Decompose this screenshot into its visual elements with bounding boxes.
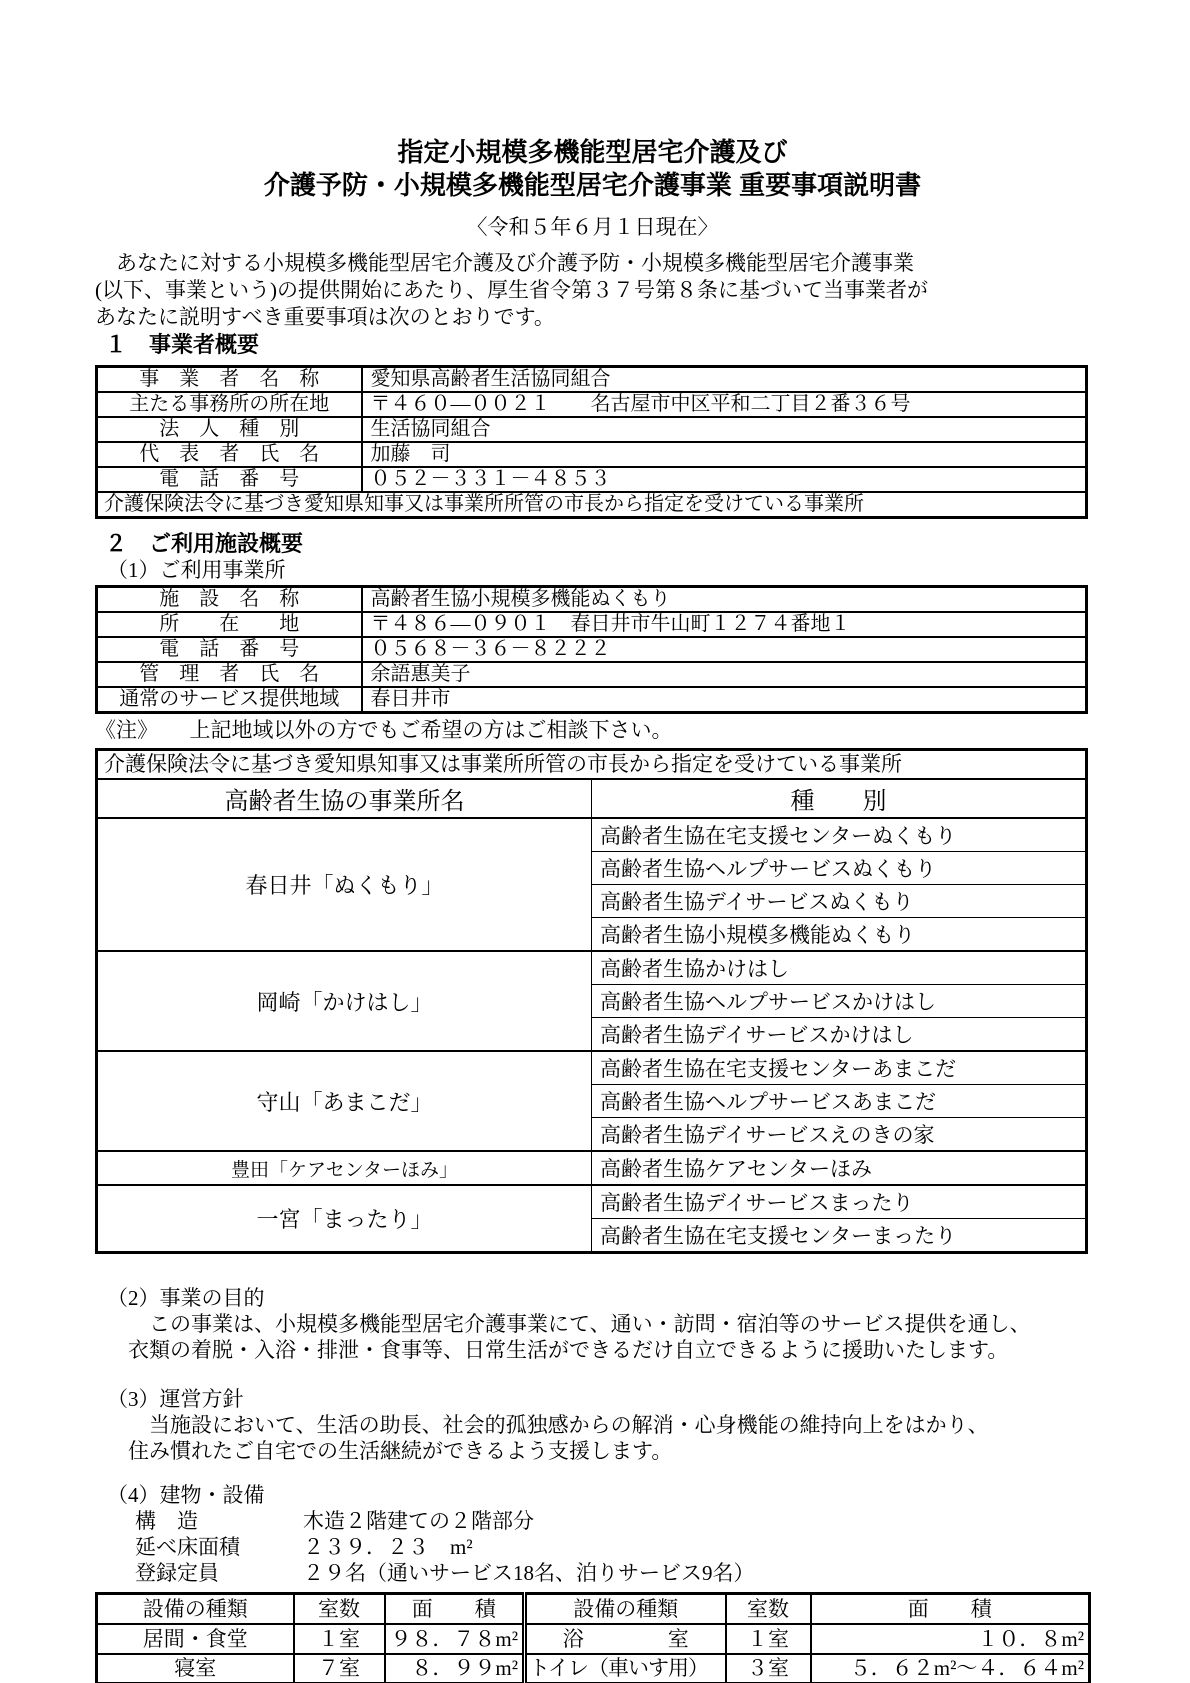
manager-name-label: 管 理 者 氏 名	[97, 662, 362, 687]
area-header: 面 積	[811, 1594, 1090, 1624]
intro-paragraph: あなたに対する小規模多機能型居宅介護及び介護予防・小規模多機能型居宅介護事業 (…	[95, 250, 1090, 331]
document-title-line2: 介護予防・小規模多機能型居宅介護事業 重要事項説明書	[95, 169, 1090, 202]
building-heading: （4）建物・設備	[95, 1482, 1090, 1508]
equipment-room-count: ７室	[294, 1654, 385, 1683]
provider-name-label: 事 業 者 名 称	[97, 367, 362, 393]
office-group-toyota: 豊田「ケアセンターほみ」 高齢者生協ケアセンターほみ	[97, 1151, 1087, 1185]
designation-note: 介護保険法令に基づき愛知県知事又は事業所所管の市長から指定を受けている事業所	[97, 492, 1087, 518]
table-row: 施 設 名 称 高齢者生協小規模多機能ぬくもり	[97, 587, 1087, 613]
office-service: 高齢者生協デイサービスえのきの家	[592, 1118, 1087, 1152]
provider-name-value: 愛知県高齢者生活協同組合	[362, 367, 1087, 393]
office-service: 高齢者生協かけはし	[592, 951, 1087, 985]
equipment-room-count: １室	[294, 1624, 385, 1654]
table-row: 豊田「ケアセンターほみ」 高齢者生協ケアセンターほみ	[97, 1151, 1087, 1185]
facility-name-value: 高齢者生協小規模多機能ぬくもり	[362, 587, 1087, 613]
equipment-area: ８．９９m²	[385, 1654, 525, 1683]
facility-info-table: 施 設 名 称 高齢者生協小規模多機能ぬくもり 所 在 地 〒４８６―０９０１ …	[95, 585, 1088, 714]
table-header-row: 設備の種類 室数 面 積 設備の種類 室数 面 積	[97, 1594, 1090, 1624]
intro-line: (以下、事業という)の提供開始にあたり、厚生省令第３７号第８条に基づいて当事業者…	[95, 277, 1090, 304]
office-group-okazaki: 岡崎「かけはし」 高齢者生協かけはし 高齢者生協ヘルプサービスかけはし 高齢者生…	[97, 951, 1087, 1051]
office-service: 高齢者生協デイサービスまったり	[592, 1185, 1087, 1219]
office-service: 高齢者生協在宅支援センターぬくもり	[592, 818, 1087, 852]
facility-phone-label: 電 話 番 号	[97, 637, 362, 662]
equipment-area: ９８．７８m²	[385, 1624, 525, 1654]
purpose-text-line: この事業は、小規模多機能型居宅介護事業にて、通い・訪問・宿泊等のサービス提供を通…	[95, 1311, 1090, 1337]
office-group-moriyama: 守山「あまこだ」 高齢者生協在宅支援センターあまこだ 高齢者生協ヘルプサービスあ…	[97, 1051, 1087, 1151]
equipment-room-count: ３室	[726, 1654, 811, 1683]
service-area-note: 《注》 上記地域以外の方でもご希望の方はご相談下さい。	[95, 717, 1090, 743]
policy-text-line: 住み慣れたご自宅での生活継続ができるよう支援します。	[95, 1438, 1090, 1464]
capacity-value: ２９名（通いサービス18名、泊りサービス9名）	[303, 1560, 755, 1586]
facility-phone-value: ０５６８－３６－８２２２	[362, 637, 1087, 662]
manager-name-value: 余語惠美子	[362, 662, 1087, 687]
representative-label: 代 表 者 氏 名	[97, 442, 362, 467]
representative-value: 加藤 司	[362, 442, 1087, 467]
table-row: 通常のサービス提供地域 春日井市	[97, 687, 1087, 713]
phone-label: 電 話 番 号	[97, 467, 362, 492]
office-group-ichinomiya: 一宮「まったり」 高齢者生協デイサービスまったり 高齢者生協在宅支援センターまっ…	[97, 1185, 1087, 1253]
office-group-name: 岡崎「かけはし」	[97, 951, 592, 1051]
office-group-name: 一宮「まったり」	[97, 1185, 592, 1253]
table-row: 電 話 番 号 ０５２－３３１－４８５３	[97, 467, 1087, 492]
equipment-name: 居間・食堂	[97, 1624, 294, 1654]
purpose-heading: （2）事業の目的	[95, 1285, 1090, 1311]
facility-subheading: （1）ご利用事業所	[95, 557, 1090, 583]
offices-table: 介護保険法令に基づき愛知県知事又は事業所所管の市長から指定を受けている事業所 高…	[95, 748, 1088, 1254]
facility-address-value: 〒４８６―０９０１ 春日井市牛山町１２７４番地１	[362, 612, 1087, 637]
structure-spec: 構 造 木造２階建ての２階部分	[95, 1508, 1090, 1534]
capacity-spec: 登録定員 ２９名（通いサービス18名、泊りサービス9名）	[95, 1560, 1090, 1586]
corporation-type-label: 法 人 種 別	[97, 417, 362, 442]
equipment-table: 設備の種類 室数 面 積 設備の種類 室数 面 積 居間・食堂 １室 ９８．７８…	[95, 1592, 1091, 1683]
table-row: 居間・食堂 １室 ９８．７８m² 浴 室 １室 １０．８m²	[97, 1624, 1090, 1654]
policy-section: （3）運営方針 当施設において、生活の助長、社会的孤独感からの解消・心身機能の維…	[95, 1386, 1090, 1464]
offices-caption: 介護保険法令に基づき愛知県知事又は事業所所管の市長から指定を受けている事業所	[97, 750, 1087, 780]
equipment-type-header: 設備の種類	[525, 1594, 726, 1624]
office-type-column-header: 種 別	[592, 779, 1087, 818]
room-count-header: 室数	[294, 1594, 385, 1624]
area-header: 面 積	[385, 1594, 525, 1624]
room-count-header: 室数	[726, 1594, 811, 1624]
corporation-type-value: 生活協同組合	[362, 417, 1087, 442]
table-row: 主たる事務所の所在地 〒４６０―００２１ 名古屋市中区平和二丁目２番３６号	[97, 392, 1087, 417]
document-page: 指定小規模多機能型居宅介護及び 介護予防・小規模多機能型居宅介護事業 重要事項説…	[0, 0, 1190, 1683]
table-row: 代 表 者 氏 名 加藤 司	[97, 442, 1087, 467]
table-header-row: 高齢者生協の事業所名 種 別	[97, 779, 1087, 818]
provider-info-table: 事 業 者 名 称 愛知県高齢者生活協同組合 主たる事務所の所在地 〒４６０―０…	[95, 365, 1088, 519]
office-group-name: 春日井「ぬくもり」	[97, 818, 592, 951]
office-service: 高齢者生協デイサービスぬくもり	[592, 885, 1087, 918]
office-service: 高齢者生協在宅支援センターまったり	[592, 1219, 1087, 1253]
office-group-name: 守山「あまこだ」	[97, 1051, 592, 1151]
intro-line: あなたに説明すべき重要事項は次のとおりです。	[95, 304, 1090, 331]
effective-date: 〈令和５年６月１日現在〉	[95, 215, 1090, 239]
table-row: 岡崎「かけはし」 高齢者生協かけはし	[97, 951, 1087, 985]
office-service: 高齢者生協ヘルプサービスあまこだ	[592, 1085, 1087, 1118]
table-row: 所 在 地 〒４８６―０９０１ 春日井市牛山町１２７４番地１	[97, 612, 1087, 637]
office-group-name: 豊田「ケアセンターほみ」	[97, 1151, 592, 1185]
office-name-column-header: 高齢者生協の事業所名	[97, 779, 592, 818]
office-service: 高齢者生協在宅支援センターあまこだ	[592, 1051, 1087, 1085]
facility-name-label: 施 設 名 称	[97, 587, 362, 613]
section2-heading: ２ ご利用施設概要	[95, 530, 1090, 557]
head-office-address-label: 主たる事務所の所在地	[97, 392, 362, 417]
office-service: 高齢者生協ヘルプサービスかけはし	[592, 985, 1087, 1018]
equipment-area: ５．６２m²～４．６４m²	[811, 1654, 1090, 1683]
table-row: 介護保険法令に基づき愛知県知事又は事業所所管の市長から指定を受けている事業所	[97, 492, 1087, 518]
office-service: 高齢者生協ヘルプサービスぬくもり	[592, 852, 1087, 885]
table-row: 電 話 番 号 ０５６８－３６－８２２２	[97, 637, 1087, 662]
section1-heading: １ 事業者概要	[95, 331, 1090, 358]
floor-area-spec: 延べ床面積 ２３９．２３ m²	[95, 1534, 1090, 1560]
structure-label: 構 造	[135, 1508, 303, 1534]
table-row: 守山「あまこだ」 高齢者生協在宅支援センターあまこだ	[97, 1051, 1087, 1085]
purpose-section: （2）事業の目的 この事業は、小規模多機能型居宅介護事業にて、通い・訪問・宿泊等…	[95, 1285, 1090, 1363]
table-row: 事 業 者 名 称 愛知県高齢者生活協同組合	[97, 367, 1087, 393]
equipment-type-header: 設備の種類	[97, 1594, 294, 1624]
table-row: 管 理 者 氏 名 余語惠美子	[97, 662, 1087, 687]
equipment-name: 浴 室	[525, 1624, 726, 1654]
structure-value: 木造２階建ての２階部分	[303, 1508, 534, 1534]
table-row: 法 人 種 別 生活協同組合	[97, 417, 1087, 442]
policy-text-line: 当施設において、生活の助長、社会的孤独感からの解消・心身機能の維持向上をはかり、	[95, 1412, 1090, 1438]
capacity-label: 登録定員	[135, 1560, 303, 1586]
office-service: 高齢者生協ケアセンターほみ	[592, 1151, 1087, 1185]
table-row: 一宮「まったり」 高齢者生協デイサービスまったり	[97, 1185, 1087, 1219]
table-row: 寝室 ７室 ８．９９m² トイレ（車いす用） ３室 ５．６２m²～４．６４m²	[97, 1654, 1090, 1683]
policy-heading: （3）運営方針	[95, 1386, 1090, 1412]
document-title-line1: 指定小規模多機能型居宅介護及び	[95, 136, 1090, 169]
table-row: 介護保険法令に基づき愛知県知事又は事業所所管の市長から指定を受けている事業所	[97, 750, 1087, 780]
facility-address-label: 所 在 地	[97, 612, 362, 637]
office-group-kasugai: 春日井「ぬくもり」 高齢者生協在宅支援センターぬくもり 高齢者生協ヘルプサービス…	[97, 818, 1087, 951]
service-area-label: 通常のサービス提供地域	[97, 687, 362, 713]
office-service: 高齢者生協小規模多機能ぬくもり	[592, 918, 1087, 952]
equipment-area: １０．８m²	[811, 1624, 1090, 1654]
head-office-address-value: 〒４６０―００２１ 名古屋市中区平和二丁目２番３６号	[362, 392, 1087, 417]
office-service: 高齢者生協デイサービスかけはし	[592, 1018, 1087, 1052]
building-section: （4）建物・設備 構 造 木造２階建ての２階部分 延べ床面積 ２３９．２３ m²…	[95, 1482, 1090, 1586]
service-area-value: 春日井市	[362, 687, 1087, 713]
equipment-name: 寝室	[97, 1654, 294, 1683]
floor-area-value: ２３９．２３ m²	[303, 1534, 473, 1560]
purpose-text-line: 衣類の着脱・入浴・排泄・食事等、日常生活ができるだけ自立できるように援助いたしま…	[95, 1337, 1090, 1363]
table-row: 春日井「ぬくもり」 高齢者生協在宅支援センターぬくもり	[97, 818, 1087, 852]
intro-line: あなたに対する小規模多機能型居宅介護及び介護予防・小規模多機能型居宅介護事業	[95, 250, 1090, 277]
equipment-name: トイレ（車いす用）	[525, 1654, 726, 1683]
equipment-room-count: １室	[726, 1624, 811, 1654]
phone-value: ０５２－３３１－４８５３	[362, 467, 1087, 492]
floor-area-label: 延べ床面積	[135, 1534, 303, 1560]
